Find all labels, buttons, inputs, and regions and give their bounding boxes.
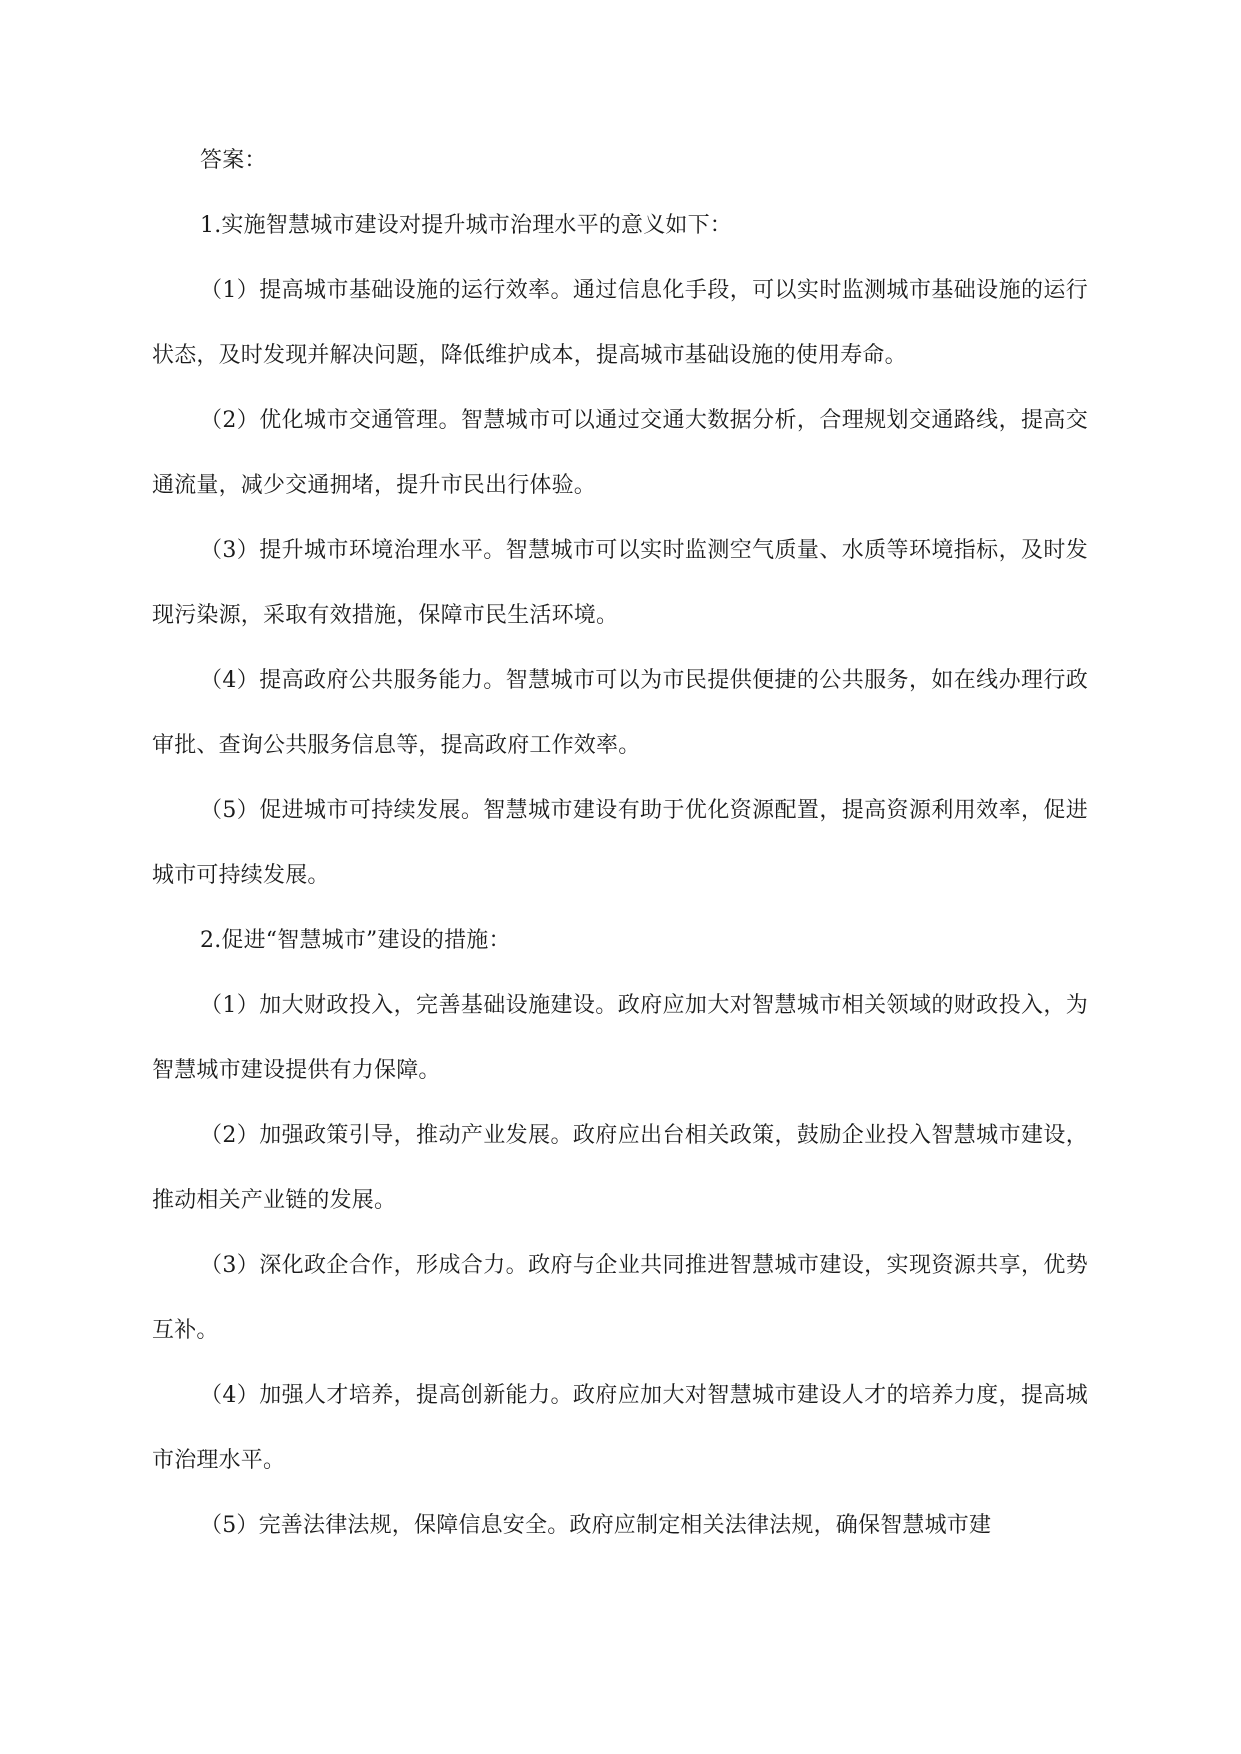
- section1-heading: 1.实施智慧城市建设对提升城市治理水平的意义如下：: [152, 193, 1088, 258]
- section1-item-2: （2）优化城市交通管理。智慧城市可以通过交通大数据分析，合理规划交通路线，提高交…: [152, 388, 1088, 518]
- section2-item-4: （4）加强人才培养，提高创新能力。政府应加大对智慧城市建设人才的培养力度，提高城…: [152, 1363, 1088, 1493]
- section2-heading: 2.促进“智慧城市”建设的措施：: [152, 908, 1088, 973]
- section1-item-5: （5）促进城市可持续发展。智慧城市建设有助于优化资源配置，提高资源利用效率，促进…: [152, 778, 1088, 908]
- answer-label: 答案：: [152, 128, 1088, 193]
- section1-item-3: （3）提升城市环境治理水平。智慧城市可以实时监测空气质量、水质等环境指标，及时发…: [152, 518, 1088, 648]
- section2-item-2: （2）加强政策引导，推动产业发展。政府应出台相关政策，鼓励企业投入智慧城市建设，…: [152, 1103, 1088, 1233]
- section1-item-4: （4）提高政府公共服务能力。智慧城市可以为市民提供便捷的公共服务，如在线办理行政…: [152, 648, 1088, 778]
- section2-item-1: （1）加大财政投入，完善基础设施建设。政府应加大对智慧城市相关领域的财政投入，为…: [152, 973, 1088, 1103]
- document-page: 答案： 1.实施智慧城市建设对提升城市治理水平的意义如下： （1）提高城市基础设…: [152, 128, 1088, 1558]
- section2-item-5: （5）完善法律法规，保障信息安全。政府应制定相关法律法规，确保智慧城市建: [152, 1493, 1088, 1558]
- section1-item-1: （1）提高城市基础设施的运行效率。通过信息化手段，可以实时监测城市基础设施的运行…: [152, 258, 1088, 388]
- section2-item-3: （3）深化政企合作，形成合力。政府与企业共同推进智慧城市建设，实现资源共享，优势…: [152, 1233, 1088, 1363]
